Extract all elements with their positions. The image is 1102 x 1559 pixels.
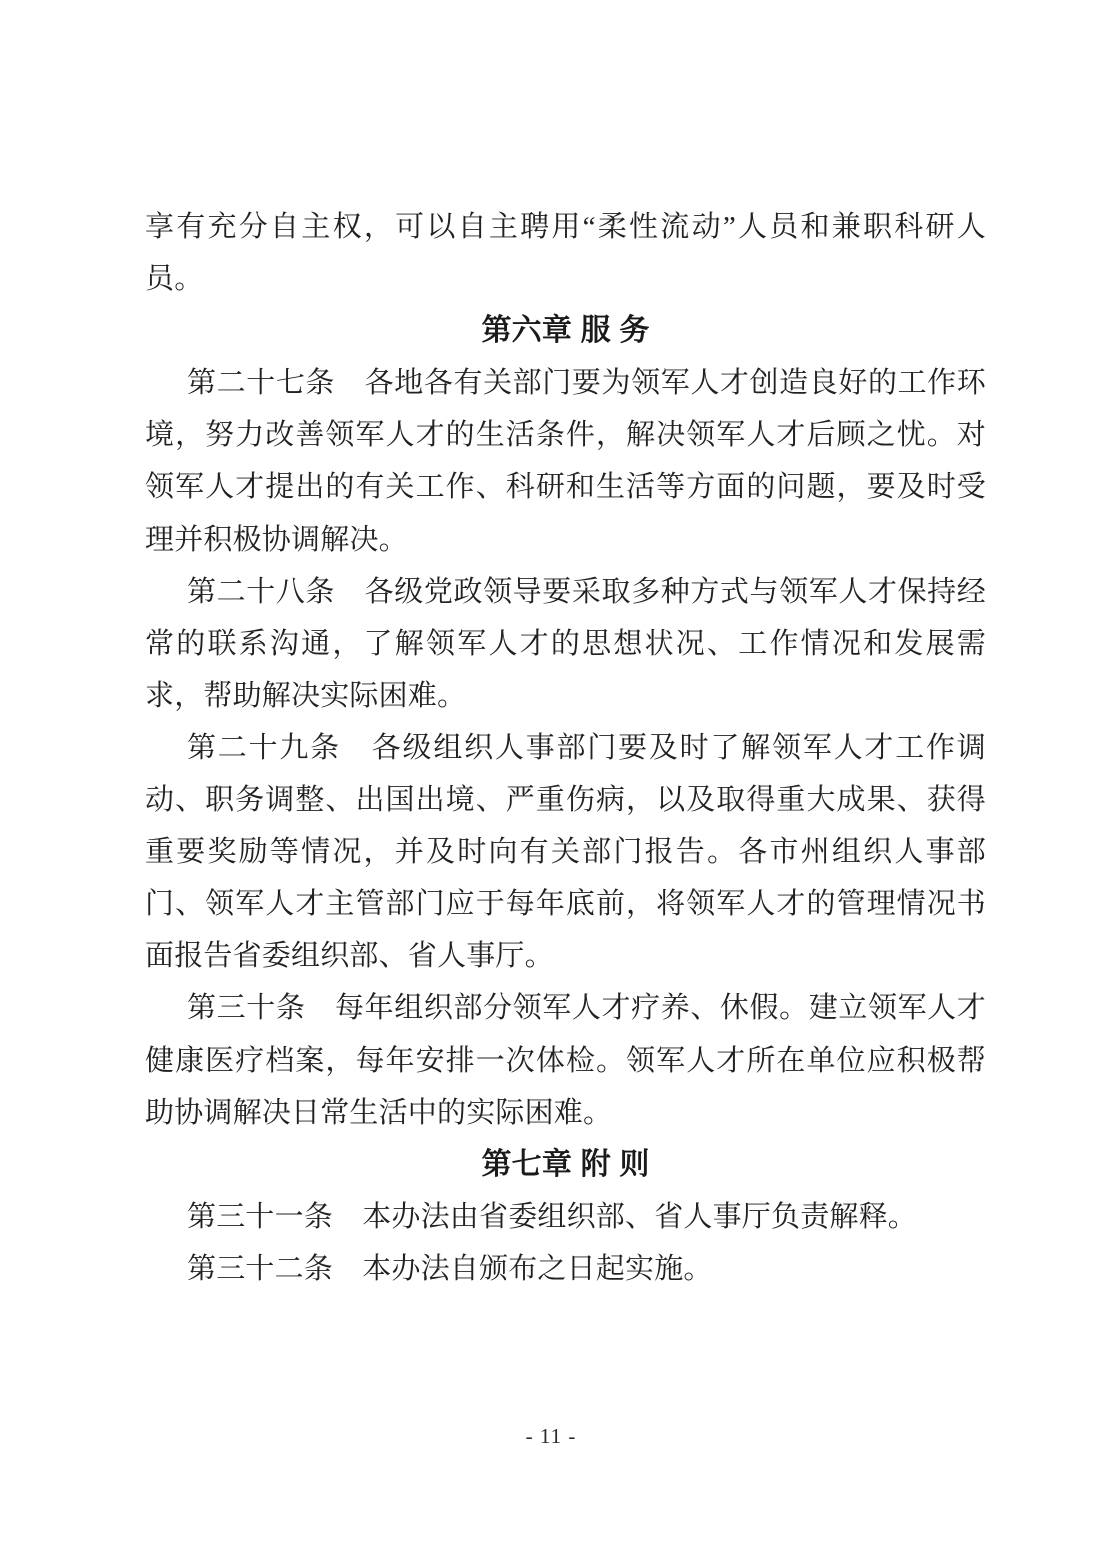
body-paragraph-article-29: 第二十九条 各级组织人事部门要及时了解领军人才工作调动、职务调整、出国出境、严重… (145, 722, 986, 982)
page-number: - 11 - (0, 1424, 1102, 1449)
body-paragraph-article-27: 第二十七条 各地各有关部门要为领军人才创造良好的工作环境，努力改善领军人才的生活… (145, 357, 986, 565)
chapter-heading-6: 第六章 服 务 (145, 305, 986, 357)
body-paragraph-article-32: 第三十二条 本办法自颁布之日起实施。 (145, 1243, 986, 1295)
body-paragraph-article-28: 第二十八条 各级党政领导要采取多种方式与领军人才保持经常的联系沟通，了解领军人才… (145, 566, 986, 722)
body-paragraph-continuation: 享有充分自主权，可以自主聘用“柔性流动”人员和兼职科研人员。 (145, 201, 986, 305)
chapter-heading-7: 第七章 附 则 (145, 1139, 986, 1191)
document-content: 享有充分自主权，可以自主聘用“柔性流动”人员和兼职科研人员。 第六章 服 务 第… (145, 201, 986, 1295)
body-paragraph-article-30: 第三十条 每年组织部分领军人才疗养、休假。建立领军人才健康医疗档案，每年安排一次… (145, 982, 986, 1138)
body-paragraph-article-31: 第三十一条 本办法由省委组织部、省人事厅负责解释。 (145, 1191, 986, 1243)
document-page: 享有充分自主权，可以自主聘用“柔性流动”人员和兼职科研人员。 第六章 服 务 第… (0, 0, 1102, 1559)
